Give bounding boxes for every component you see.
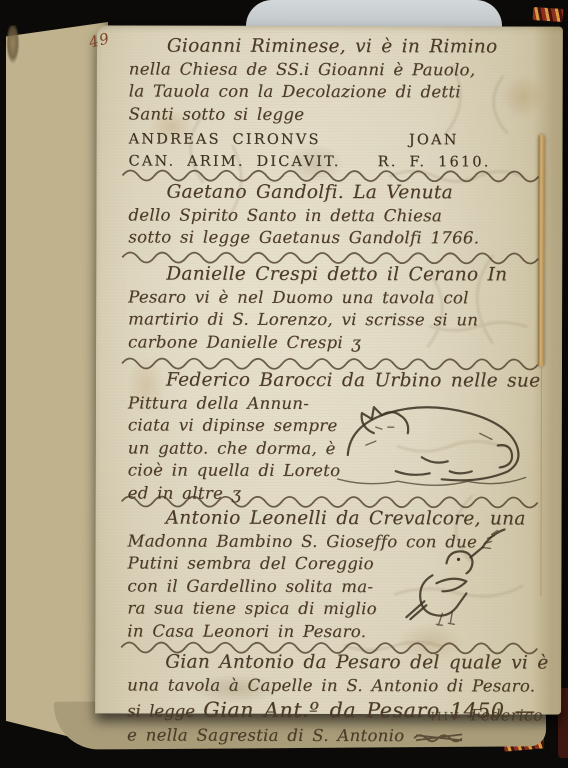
- manuscript-text: e nella Sagrestia di S. Antonio: [127, 725, 404, 745]
- manuscript-line: Putini sembra del Coreggio: [127, 552, 337, 575]
- manuscript-line: martirio di S. Lorenzo, vi scrisse si un: [128, 308, 544, 332]
- quire-mark: · IIIV: [419, 709, 460, 723]
- manuscript-line: dello Spirito Santo in detta Chiesa: [128, 204, 544, 228]
- manuscript-line: Santi sotto si legge: [129, 103, 545, 127]
- inscription-line: ANDREAS CIRONVS JOAN: [129, 128, 459, 151]
- endband-top: [533, 7, 564, 22]
- manuscript-line: la Tauola con la Decolazione di detti: [129, 80, 545, 104]
- entry-gioanni-riminese: Gioanni Riminese, vi è in Rimino nella C…: [129, 35, 545, 173]
- manuscript-line: ciata vi dipinse sempre: [128, 414, 338, 437]
- entry-danielle-crespi: Danielle Crespi detto il Cerano In Pesar…: [128, 263, 544, 354]
- wavy-divider: [120, 355, 544, 370]
- manuscript-page: 49 Gioanni Riminese, vi è in Rimino nell…: [95, 25, 563, 714]
- manuscript-line: Gian Antonio da Pesaro del quale vi è: [127, 651, 543, 675]
- entry-gaetano-gandolfi: Gaetano Gandolfi. La Venuta dello Spirit…: [128, 181, 544, 250]
- sleeping-cat-sketch: [330, 383, 536, 494]
- manuscript-line: Gaetano Gandolfi. La Venuta: [128, 181, 544, 205]
- catchword: Federico: [471, 706, 544, 724]
- signature-prefix: si legge: [127, 701, 203, 720]
- manuscript-line: con il Gardellino solita ma-: [127, 575, 337, 598]
- manuscript-line: Gioanni Riminese, vi è in Rimino: [129, 35, 545, 59]
- manuscript-line: Danielle Crespi detto il Cerano In: [128, 263, 544, 287]
- wavy-divider: [120, 167, 544, 182]
- crossed-out-word: [412, 730, 466, 744]
- manuscript-line: e nella Sagrestia di S. Antonio: [127, 724, 543, 748]
- manuscript-line: carbone Danielle Crespi ʒ: [128, 331, 544, 355]
- catchword-row: · IIIV Federico: [419, 706, 543, 724]
- page-edges-left-stack: [6, 22, 108, 750]
- wavy-divider: [120, 493, 544, 508]
- entry-gian-antonio-da-pesaro: Gian Antonio da Pesaro del quale vi è un…: [127, 651, 543, 748]
- inscription-text: ANDREAS CIRONVS: [129, 128, 321, 151]
- manuscript-line: un gatto. che dorma, è: [128, 437, 338, 460]
- manuscript-line: nella Chiesa de SS.i Gioanni è Pauolo,: [129, 58, 545, 82]
- photograph-of-open-manuscript: 49 Gioanni Riminese, vi è in Rimino nell…: [0, 0, 568, 768]
- manuscript-line: una tavola à Capelle in S. Antonio di Pe…: [127, 674, 543, 698]
- goldfinch-sketch: [394, 527, 524, 627]
- manuscript-line: cioè in quella di Loreto: [128, 459, 338, 482]
- manuscript-line: sotto si legge Gaetanus Gandolfi 1766.: [128, 226, 544, 250]
- manuscript-line: Pesaro vi è nel Duomo una tavola col: [128, 286, 544, 310]
- manuscript-line: ra sua tiene spica di miglio: [127, 597, 337, 620]
- inscription-text: JOAN: [409, 129, 459, 151]
- wavy-divider: [120, 249, 544, 264]
- page-edges-corner: [6, 22, 40, 92]
